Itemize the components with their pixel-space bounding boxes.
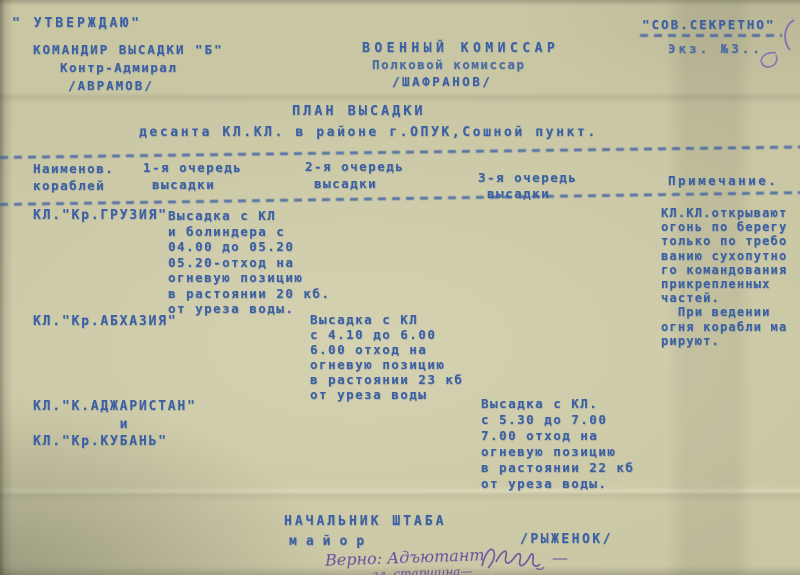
header-ships: Наименов. кораблей — [33, 160, 114, 194]
handwritten-bracket-mark — [778, 18, 798, 52]
ship-name-adzharistan-kuban: КЛ."К.АДЖАРИСТАН" и КЛ."Кр.КУБАНЬ" — [33, 398, 197, 451]
ship-name-abkhaziya: КЛ."Кр.АБХАЗИЯ" — [33, 314, 177, 329]
header-stage1: 1-я очередь высадки — [143, 159, 242, 193]
secrecy-stamp: "СОВ.СЕКРЕТНО" — [642, 17, 775, 32]
secrecy-underline — [640, 34, 782, 37]
ship-name-gruziya: КЛ."Кр.ГРУЗИЯ" — [33, 208, 168, 223]
signature-trailing-dash: — — [552, 548, 568, 567]
doc-subtitle: десанта КЛ.КЛ. в районе г.ОПУК,Сошной пу… — [139, 125, 598, 140]
doc-title: ПЛАН ВЫСАДКИ — [292, 104, 426, 119]
header-notes: Примечание. — [668, 173, 778, 188]
stage2-cell-abkhaziya: Высадка с КЛ с 4.10 до 6.00 6.00 отход н… — [310, 312, 463, 402]
header-stage2: 2-я очередь высадки — [305, 158, 404, 192]
notes-cell: КЛ.КЛ.открывают огонь по берегу только п… — [661, 206, 787, 348]
approve-stamp: " УТВЕРЖДАЮ" — [12, 16, 142, 31]
copy-number: Экз. №3.. — [668, 41, 763, 56]
commander-title: КОМАНДИР ВЫСАДКИ "Б" — [33, 42, 224, 57]
handwritten-circle-mark — [756, 50, 782, 70]
commander-name: /АВРАМОВ/ — [68, 78, 154, 93]
chief-of-staff-rank: майор — [289, 534, 373, 549]
table-separator-bottom — [0, 191, 800, 206]
commissar-name: /ШАФРАНОВ/ — [392, 74, 492, 89]
commander-rank: Контр-Адмирал — [60, 60, 177, 75]
certifier-signature — [478, 540, 558, 574]
stage3-cell-adzharistan-kuban: Высадка с КЛ. с 5.30 до 7.00 7.00 отход … — [481, 396, 634, 492]
chief-of-staff-title: НАЧАЛЬНИК ШТАБА — [284, 514, 446, 529]
stage1-cell-gruziya: Высадка с КЛ и болиндера с 04.00 до 05.2… — [168, 208, 330, 317]
table-separator-top — [0, 146, 800, 159]
commissar-rank: Полковой комиссар — [372, 57, 525, 72]
document-page: " УТВЕРЖДАЮ" КОМАНДИР ВЫСАДКИ "Б" Контр-… — [0, 0, 800, 575]
commissar-title: ВОЕННЫЙ КОМИССАР — [362, 41, 559, 56]
